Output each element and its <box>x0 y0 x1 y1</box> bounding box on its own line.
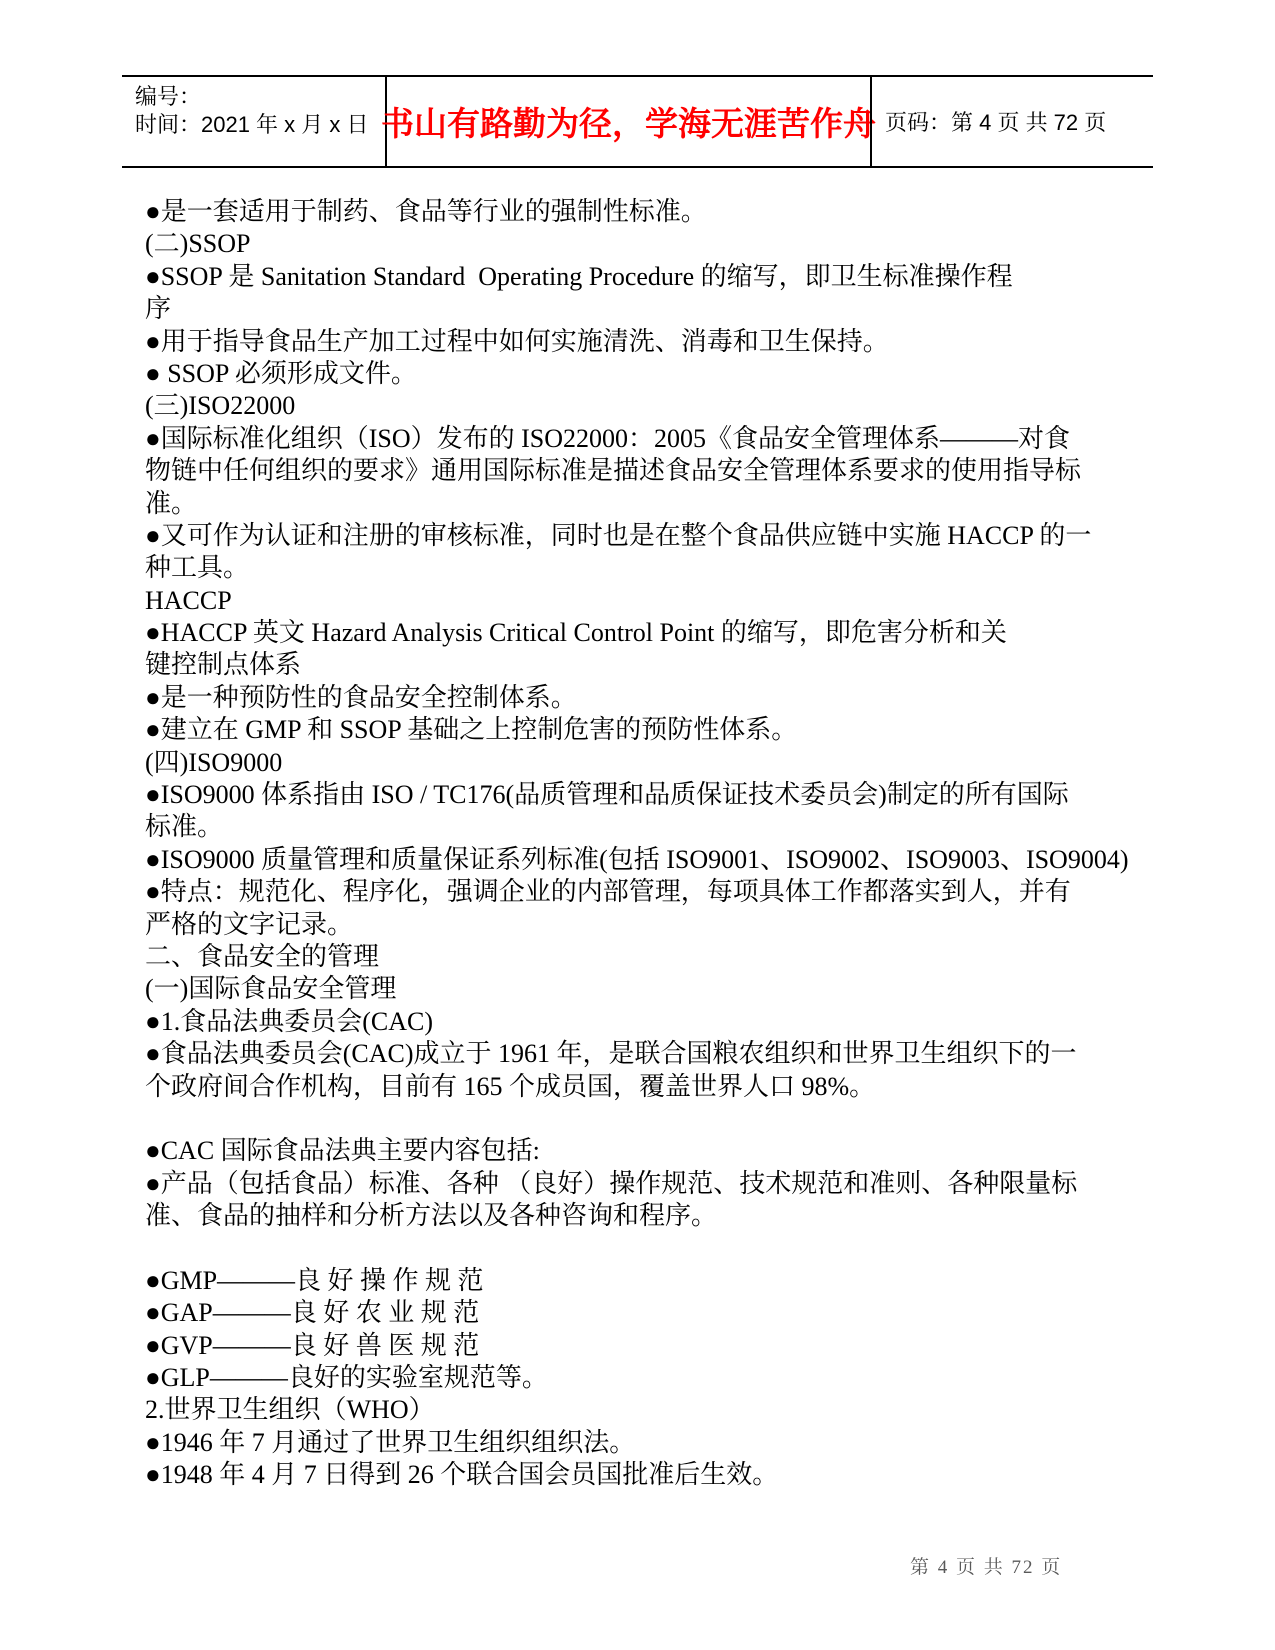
header-table: 编号： 时间：2021 年 x 月 x 日 书山有路勤为径，学海无涯苦作舟 页码… <box>122 75 1153 168</box>
body-line: ●GMP———良 好 操 作 规 范 <box>145 1265 1105 1297</box>
body-line: ●是一套适用于制药、食品等行业的强制性标准。 <box>145 196 1105 228</box>
document-body: ●是一套适用于制药、食品等行业的强制性标准。(二)SSOP●SSOP 是 San… <box>145 196 1105 1492</box>
body-line: ●产品（包括食品）标准、各种 （良好）操作规范、技术规范和准则、各种限量标 <box>145 1168 1105 1200</box>
body-line: 准、食品的抽样和分析方法以及各种咨询和程序。 <box>145 1200 1105 1232</box>
body-line <box>145 1103 1105 1135</box>
body-line: (二)SSOP <box>145 228 1105 260</box>
body-line: ●CAC 国际食品法典主要内容包括: <box>145 1135 1105 1167</box>
doc-number-label: 编号： <box>135 83 385 111</box>
header-page-info: 页码：第 4 页 共 72 页 <box>885 106 1106 137</box>
body-line: 二、食品安全的管理 <box>145 941 1105 973</box>
body-line: 个政府间合作机构，目前有 165 个成员国，覆盖世界人口 98%。 <box>145 1071 1105 1103</box>
body-line: ●用于指导食品生产加工过程中如何实施清洗、消毒和卫生保持。 <box>145 326 1105 358</box>
body-line: HACCP <box>145 585 1105 617</box>
body-line: ●食品法典委员会(CAC)成立于 1961 年，是联合国粮农组织和世界卫生组织下… <box>145 1038 1105 1070</box>
body-line: ●1946 年 7 月通过了世界卫生组织组织法。 <box>145 1427 1105 1459</box>
header-page-cell: 页码：第 4 页 共 72 页 <box>870 77 1153 166</box>
body-line: 2.世界卫生组织（WHO） <box>145 1394 1105 1426</box>
body-line: (四)ISO9000 <box>145 747 1105 779</box>
body-line: 种工具。 <box>145 552 1105 584</box>
body-line: ●特点：规范化、程序化，强调企业的内部管理，每项具体工作都落实到人，并有 <box>145 876 1105 908</box>
body-line: (一)国际食品安全管理 <box>145 973 1105 1005</box>
body-line: (三)ISO22000 <box>145 390 1105 422</box>
body-line: ●ISO9000 体系指由 ISO / TC176(品质管理和品质保证技术委员会… <box>145 779 1105 811</box>
body-line: 序 <box>145 293 1105 325</box>
body-line: ●是一种预防性的食品安全控制体系。 <box>145 682 1105 714</box>
document-page: 编号： 时间：2021 年 x 月 x 日 书山有路勤为径，学海无涯苦作舟 页码… <box>0 0 1275 1650</box>
body-line: ●建立在 GMP 和 SSOP 基础之上控制危害的预防性体系。 <box>145 714 1105 746</box>
header-motto-cell: 书山有路勤为径，学海无涯苦作舟 <box>385 77 870 166</box>
doc-date-label: 时间：2021 年 x 月 x 日 <box>135 111 385 139</box>
body-line: ●GAP———良 好 农 业 规 范 <box>145 1297 1105 1329</box>
body-line: 物链中任何组织的要求》通用国际标准是描述食品安全管理体系要求的使用指导标 <box>145 455 1105 487</box>
body-line: ●SSOP 是 Sanitation Standard Operating Pr… <box>145 261 1105 293</box>
body-line: ●又可作为认证和注册的审核标准，同时也是在整个食品供应链中实施 HACCP 的一 <box>145 520 1105 552</box>
body-line: 准。 <box>145 488 1105 520</box>
body-line: ●1.食品法典委员会(CAC) <box>145 1006 1105 1038</box>
body-line: ●ISO9000 质量管理和质量保证系列标准(包括 ISO9001、ISO900… <box>145 844 1105 876</box>
body-line: ●国际标准化组织（ISO）发布的 ISO22000：2005《食品安全管理体系—… <box>145 423 1105 455</box>
body-line: 严格的文字记录。 <box>145 909 1105 941</box>
body-line: 键控制点体系 <box>145 649 1105 681</box>
body-line: ●GVP———良 好 兽 医 规 范 <box>145 1330 1105 1362</box>
body-line: ●GLP———良好的实验室规范等。 <box>145 1362 1105 1394</box>
header-motto: 书山有路勤为径，学海无涯苦作舟 <box>381 98 876 145</box>
body-line <box>145 1233 1105 1265</box>
body-line: ● SSOP 必须形成文件。 <box>145 358 1105 390</box>
body-line: ●1948 年 4 月 7 日得到 26 个联合国会员国批准后生效。 <box>145 1459 1105 1491</box>
header-info-cell: 编号： 时间：2021 年 x 月 x 日 <box>122 77 385 166</box>
body-line: ●HACCP 英文 Hazard Analysis Critical Contr… <box>145 617 1105 649</box>
body-line: 标准。 <box>145 811 1105 843</box>
page-footer: 第 4 页 共 72 页 <box>910 1552 1062 1579</box>
